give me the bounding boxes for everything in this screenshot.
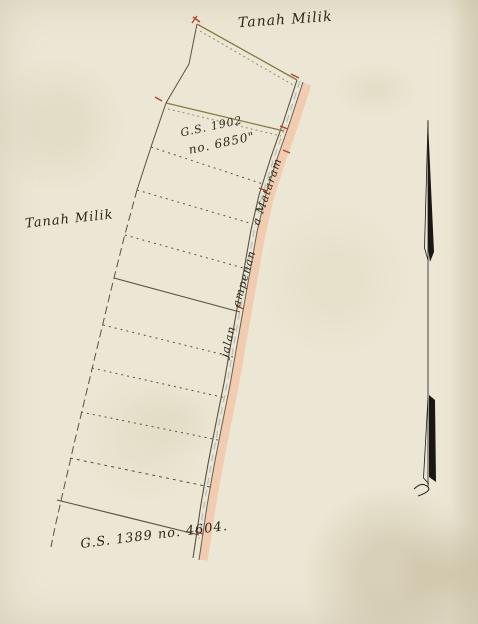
survey-map-drawing — [0, 0, 478, 624]
parcel-divider — [137, 190, 253, 224]
parcel-divider — [103, 325, 233, 357]
parcel-divider — [70, 458, 210, 487]
parcel-divider — [92, 368, 226, 398]
road-shading-band — [203, 84, 307, 560]
strip-west-boundary-upper — [137, 24, 197, 190]
north-arrow — [414, 120, 436, 496]
parcel-divider — [114, 278, 240, 312]
strip-west-boundary-lower — [51, 190, 137, 547]
parcel-divider — [81, 412, 218, 440]
parcel-divider-top-dotted — [200, 31, 293, 85]
red-survey-marks — [155, 16, 299, 534]
parcel-divider-top — [197, 24, 297, 80]
parcel-divider — [125, 235, 247, 269]
scanned-map-page: Tanah Milik Tanah Milik G.S. 1902 no. 68… — [0, 0, 478, 624]
